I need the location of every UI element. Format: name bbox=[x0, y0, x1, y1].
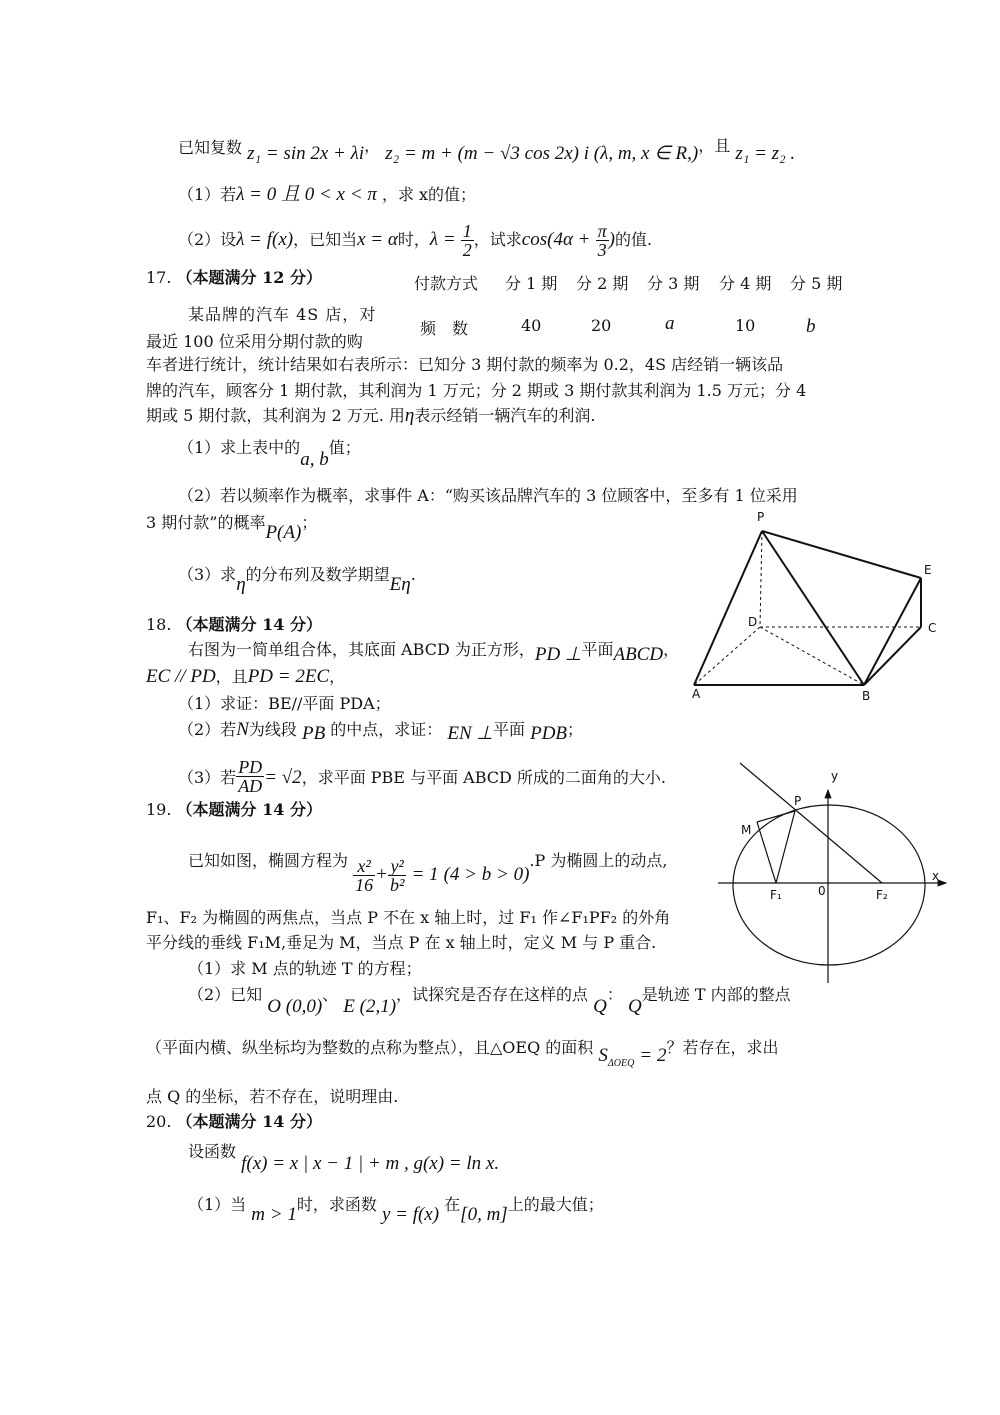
q18-part3: （3）若PDAD= √2，求平面 PBE 与平面 ABCD 所成的二面角的大小. bbox=[178, 760, 666, 797]
point-Q: Q bbox=[628, 996, 642, 1017]
q17-part3: （3）求η的分布列及数学期望Eη. bbox=[178, 565, 416, 585]
edge-CB bbox=[864, 627, 921, 685]
label-B: B bbox=[862, 689, 870, 703]
text: . bbox=[411, 565, 416, 584]
q17-body-line1: 车者进行统计，统计结果如右表所示：已知分 3 期付款的频率为 0.2，4S 店经… bbox=[146, 355, 783, 375]
edge-PD-hidden bbox=[760, 531, 762, 627]
point-N: N bbox=[236, 719, 249, 740]
lambda-eq: λ = bbox=[430, 229, 456, 250]
text: 平面 bbox=[582, 640, 614, 659]
x-eq-alpha: x = α bbox=[357, 229, 398, 250]
math-condition: λ = 0 且 0 < x < π bbox=[236, 184, 377, 205]
denominator: 3 bbox=[596, 241, 609, 259]
text: 为线段 bbox=[249, 720, 297, 739]
external-bisector-line bbox=[740, 763, 882, 883]
eta-symbol: η bbox=[405, 405, 414, 426]
denominator: b² bbox=[388, 876, 406, 894]
EN-perp: EN ⊥ bbox=[447, 723, 493, 744]
q17-body-line3: 期或 5 期付款，其利润为 2 万元. 用η表示经销一辆汽车的利润. bbox=[146, 406, 595, 426]
text: （1）求上表中的 bbox=[178, 438, 300, 457]
q17-part2-line2: 3 期付款”的概率P(A)； bbox=[146, 513, 317, 533]
text: 右图为一简单组合体，其底面 ABCD 为正方形， bbox=[188, 640, 535, 659]
table-header-cell: 分 3 期 bbox=[647, 271, 699, 294]
q17-part1: （1）求上表中的a, b值； bbox=[178, 438, 361, 458]
b-condition: (4 > b > 0) bbox=[444, 864, 530, 885]
question-number: 20. bbox=[146, 1112, 171, 1131]
text: 设函数 bbox=[188, 1142, 236, 1161]
label-y: y bbox=[831, 769, 838, 783]
text: ： bbox=[607, 985, 623, 1004]
edge-EB bbox=[864, 578, 921, 685]
m-gt-1: m > 1 bbox=[251, 1204, 297, 1225]
edge-PB bbox=[762, 531, 864, 685]
q17-intro-line1: 某品牌的汽车 4S 店，对 bbox=[188, 305, 376, 325]
text: 期或 5 期付款，其利润为 2 万元. 用 bbox=[146, 406, 405, 425]
text: 的值. bbox=[615, 230, 652, 249]
text: ， bbox=[663, 640, 679, 659]
numerator: π bbox=[596, 222, 609, 241]
q17-intro-line2: 最近 100 位采用分期付款的购 bbox=[146, 332, 363, 352]
ellipse-curve bbox=[733, 805, 925, 965]
q17-heading: 17. （本题满分 12 分） bbox=[146, 268, 322, 288]
cos-expression: cos(4α + bbox=[522, 229, 591, 250]
q18-intro: 右图为一简单组合体，其底面 ABCD 为正方形，PD ⊥平面ABCD， bbox=[188, 640, 679, 660]
z2-expression: z₂ = m + (m − √3 cos 2x) i (λ, m, x ∈ R,… bbox=[385, 143, 698, 164]
table-header-cell: 分 5 期 bbox=[790, 271, 842, 294]
text: 表示经销一辆汽车的利润. bbox=[414, 406, 595, 425]
label-P: P bbox=[757, 510, 764, 524]
q19-area-line: （平面内横、纵坐标均为整数的点称为整点），且△OEQ 的面积 SΔOEQ = 2… bbox=[146, 1038, 779, 1066]
table-cell: 40 bbox=[521, 316, 541, 335]
plane-ABCD: ABCD bbox=[614, 644, 664, 665]
area-S: SΔOEQ bbox=[598, 1045, 634, 1066]
text: 时， bbox=[398, 230, 430, 249]
q18-part2: （2）若N为线段 PB 的中点，求证： EN ⊥平面 PDB； bbox=[178, 720, 583, 740]
edge-PE bbox=[762, 531, 921, 578]
text: ， bbox=[329, 667, 345, 686]
q19-heading: 19. （本题满分 14 分） bbox=[146, 800, 322, 820]
text: ，已知当 bbox=[293, 230, 357, 249]
text: ？若存在，求出 bbox=[667, 1038, 779, 1057]
text: （3）求 bbox=[178, 565, 236, 584]
q20-part1: （1）当 m > 1时，求函数 y = f(x) 在[0, m]上的最大值； bbox=[188, 1195, 604, 1215]
text: 已知如图，椭圆方程为 bbox=[188, 851, 348, 870]
plane-PDB: PDB bbox=[530, 723, 567, 744]
q19-line3: 平分线的垂线 F₁M,垂足为 M，当点 P 在 x 轴上时，定义 M 与 P 重… bbox=[146, 933, 656, 953]
denominator: AD bbox=[236, 777, 264, 795]
segment-MF1 bbox=[757, 822, 776, 883]
edge-DB-hidden bbox=[760, 627, 864, 685]
q19-part2: （2）已知 O (0,0)、 E (2,1)，试探究是否存在这样的点 Q： Q是… bbox=[188, 985, 791, 1005]
label-origin: 0 bbox=[818, 884, 826, 898]
table-header-cell: 分 1 期 bbox=[505, 271, 557, 294]
table-header-cell: 分 4 期 bbox=[719, 271, 771, 294]
point-O: O (0,0) bbox=[267, 996, 322, 1017]
q20-heading: 20. （本题满分 14 分） bbox=[146, 1112, 322, 1132]
label-P: P bbox=[794, 794, 801, 808]
denominator: 16 bbox=[353, 876, 375, 894]
label-F1: F₁ bbox=[770, 888, 782, 902]
text: 的分布列及数学期望 bbox=[246, 565, 390, 584]
text: .P 为椭圆上的动点, bbox=[529, 851, 667, 870]
q18-heading: 18. （本题满分 14 分） bbox=[146, 615, 322, 635]
q16-intro: 已知复数 z₁ = sin 2x + λi， z₂ = m + (m − √3 … bbox=[178, 138, 795, 158]
score-label: （本题满分 14 分） bbox=[177, 800, 322, 819]
PD-perp: PD ⊥ bbox=[535, 644, 582, 665]
and-text: ，且 bbox=[698, 136, 730, 155]
table-cell: b bbox=[806, 316, 816, 338]
text: 上的最大值； bbox=[508, 1195, 604, 1214]
q20-intro: 设函数 f(x) = x | x − 1 | + m , g(x) = ln x… bbox=[188, 1142, 499, 1162]
q16-intro-text: 已知复数 bbox=[178, 138, 242, 157]
q18-line2: EC // PD，且PD = 2EC， bbox=[146, 667, 345, 687]
text: ； bbox=[567, 720, 583, 739]
equality-condition: z₁ = z₂ . bbox=[735, 143, 795, 164]
comma: ， bbox=[364, 136, 380, 155]
q19-part1: （1）求 M 点的轨迹 T 的方程； bbox=[188, 959, 422, 979]
y-eq-fx: y = f(x) bbox=[382, 1204, 439, 1225]
text: 平面 bbox=[493, 720, 525, 739]
subscript: ΔOEQ bbox=[608, 1058, 634, 1069]
table-cell: a bbox=[665, 313, 675, 335]
numerator: 1 bbox=[461, 222, 474, 241]
label-M: M bbox=[741, 823, 751, 837]
expectation-E-eta: Eη bbox=[390, 574, 411, 595]
text: 的中点，求证： bbox=[330, 720, 442, 739]
part-label: （1）若 bbox=[178, 185, 236, 204]
label-D: D bbox=[748, 615, 757, 629]
eta-symbol: η bbox=[236, 574, 245, 595]
numerator: x² bbox=[353, 857, 375, 876]
text: ，试探究是否存在这样的点 bbox=[396, 985, 588, 1004]
ellipse-figure: y x P M F₁ 0 F₂ bbox=[710, 760, 960, 990]
question-number: 19. bbox=[146, 800, 171, 819]
score-label: （本题满分 14 分） bbox=[177, 1112, 322, 1131]
q16-part1: （1）若λ = 0 且 0 < x < π ，求 x的值； bbox=[178, 185, 476, 205]
edge-PA bbox=[694, 531, 762, 685]
q19-intro: 已知如图，椭圆方程为 x²16+y²b² = 1 (4 > b > 0).P 为… bbox=[188, 843, 667, 880]
z1-expression: z₁ = sin 2x + λi bbox=[247, 143, 364, 164]
score-label: （本题满分 14 分） bbox=[177, 615, 322, 634]
segment-MP bbox=[757, 811, 795, 822]
fraction-pi-third: π3 bbox=[596, 222, 609, 259]
text: ，求平面 PBE 与平面 ABCD 所成的二面角的大小. bbox=[302, 768, 666, 787]
text: ，试求 bbox=[474, 230, 522, 249]
ab-variables: a, b bbox=[300, 449, 329, 470]
area-value: = 2 bbox=[639, 1045, 666, 1066]
text: 时，求函数 bbox=[297, 1195, 377, 1214]
text: ，且 bbox=[216, 667, 248, 686]
segment-PB: PB bbox=[302, 723, 325, 744]
label-A: A bbox=[692, 687, 701, 701]
text: 在 bbox=[444, 1195, 460, 1214]
q19-last-line: 点 Q 的坐标，若不存在，说明理由. bbox=[146, 1087, 398, 1107]
fraction-one-half: 12 bbox=[461, 222, 474, 259]
q17-body-line2: 牌的汽车，顾客分 1 期付款，其利润为 1 万元；分 2 期或 3 期付款其利润… bbox=[146, 381, 806, 401]
part-suffix: ，求 x的值； bbox=[382, 185, 476, 204]
question-number: 17. bbox=[146, 268, 171, 287]
text: （平面内横、纵坐标均为整数的点称为整点），且△OEQ 的面积 bbox=[146, 1038, 593, 1057]
text: （1）当 bbox=[188, 1195, 246, 1214]
label-C: C bbox=[928, 621, 936, 635]
text: 3 期付款”的概率 bbox=[146, 513, 265, 532]
text: （3）若 bbox=[178, 768, 236, 787]
table-cell: 20 bbox=[591, 316, 611, 335]
fraction-x2-16: x²16 bbox=[353, 857, 375, 894]
edge-DA-hidden bbox=[694, 627, 760, 685]
S-symbol: S bbox=[598, 1045, 608, 1066]
table-row-label: 频 数 bbox=[420, 316, 468, 339]
label-F2: F₂ bbox=[876, 888, 888, 902]
equals-one: = 1 bbox=[411, 864, 438, 885]
q16-part2: （2）设λ = f(x)，已知当x = α时，λ = 12，试求cos(4α +… bbox=[178, 222, 652, 259]
probability-PA: P(A) bbox=[265, 522, 301, 543]
text: （2）已知 bbox=[188, 985, 262, 1004]
text: 、 bbox=[322, 985, 338, 1004]
text: （2）若 bbox=[178, 720, 236, 739]
question-number: 18. bbox=[146, 615, 171, 634]
interval-0-m: [0, m] bbox=[460, 1204, 508, 1225]
eq-sqrt2: = √2 bbox=[264, 767, 302, 788]
numerator: y² bbox=[388, 857, 406, 876]
solid-geometry-figure: P E C D A B bbox=[680, 500, 960, 710]
lambda-eq-fx: λ = f(x) bbox=[236, 229, 293, 250]
text: 值； bbox=[329, 438, 361, 457]
denominator: 2 bbox=[461, 241, 474, 259]
q18-part1: （1）求证：BE//平面 PDA； bbox=[178, 694, 391, 714]
label-x: x bbox=[932, 869, 939, 883]
point-Q: Q bbox=[593, 996, 607, 1017]
table-header-cell: 分 2 期 bbox=[576, 271, 628, 294]
table-header-cell: 付款方式 bbox=[414, 271, 478, 294]
fraction-y2-b2: y²b² bbox=[388, 857, 406, 894]
q19-line2: F₁、F₂ 为椭圆的两焦点，当点 P 不在 x 轴上时，过 F₁ 作∠F₁PF₂… bbox=[146, 908, 670, 928]
point-E: E (2,1) bbox=[343, 996, 396, 1017]
segment-PF1 bbox=[776, 811, 795, 883]
table-cell: 10 bbox=[735, 316, 755, 335]
EC-parallel-PD: EC // PD bbox=[146, 666, 216, 687]
PD-eq-2EC: PD = 2EC bbox=[248, 666, 329, 687]
function-definitions: f(x) = x | x − 1 | + m , g(x) = ln x. bbox=[241, 1153, 499, 1174]
fraction-PD-AD: PDAD bbox=[236, 758, 264, 795]
label-E: E bbox=[924, 563, 932, 577]
numerator: PD bbox=[236, 758, 264, 777]
plus-sign: + bbox=[375, 864, 388, 885]
text: ； bbox=[301, 513, 317, 532]
score-label: （本题满分 12 分） bbox=[177, 268, 322, 287]
part-label: （2）设 bbox=[178, 230, 236, 249]
